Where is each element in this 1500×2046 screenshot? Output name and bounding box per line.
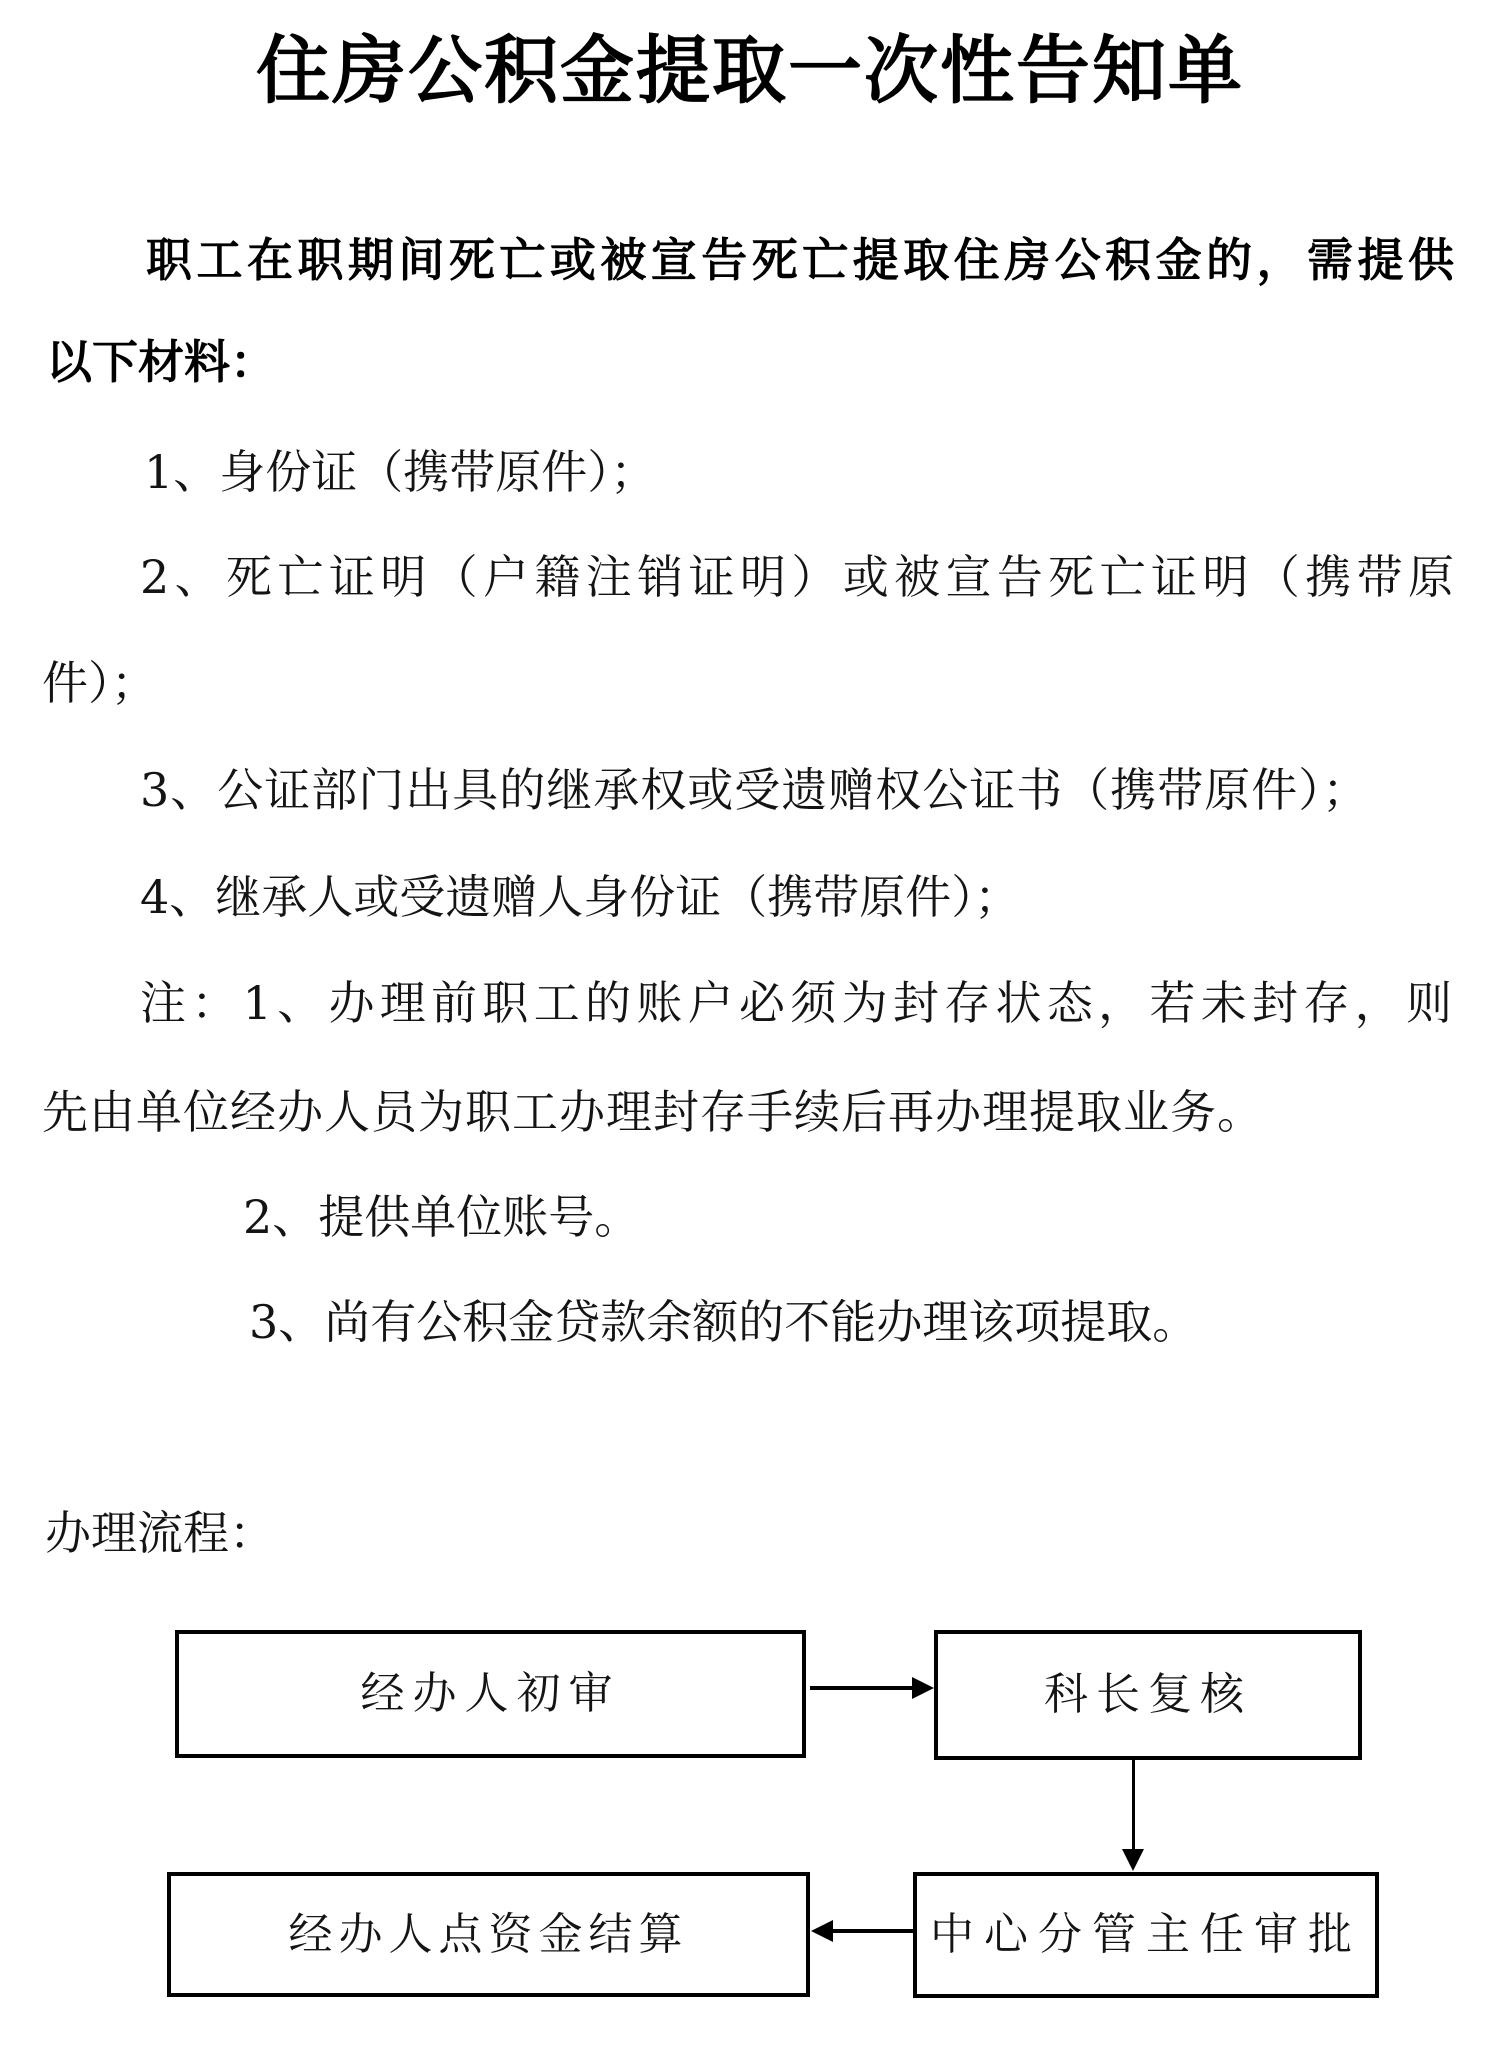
note-1-line-2: 先由单位经办人员为职工办理封存手续后再办理提取业务。 bbox=[42, 1084, 1264, 1140]
arrow-right-line bbox=[810, 1686, 914, 1690]
flow-step-label: 中心分管主任审批 bbox=[930, 1910, 1362, 1960]
process-label: 办理流程： bbox=[45, 1505, 275, 1561]
note-2: 2、提供单位账号。 bbox=[243, 1189, 640, 1245]
intro-line-1: 职工在职期间死亡或被宣告死亡提取住房公积金的，需提供 bbox=[146, 232, 1454, 288]
flow-step-director-approval: 中心分管主任审批 bbox=[913, 1872, 1379, 1998]
note-1-line-1: 注：1、办理前职工的账户必须为封存状态，若未封存，则 bbox=[140, 975, 1452, 1031]
intro-line-2: 以下材料： bbox=[46, 334, 276, 390]
material-item-4: 4、继承人或受遗赠人身份证（携带原件）； bbox=[140, 869, 1020, 925]
flow-step-initial-review: 经办人初审 bbox=[175, 1630, 806, 1758]
arrow-right-icon bbox=[912, 1677, 934, 1699]
arrow-left-icon bbox=[811, 1920, 833, 1942]
arrow-down-line bbox=[1132, 1760, 1135, 1850]
notice-page: 住房公积金提取一次性告知单 职工在职期间死亡或被宣告死亡提取住房公积金的，需提供… bbox=[0, 0, 1500, 2046]
flow-step-section-chief-recheck: 科长复核 bbox=[934, 1630, 1362, 1760]
arrow-left-line bbox=[832, 1929, 914, 1933]
material-item-1: 1、身份证（携带原件）； bbox=[144, 444, 656, 500]
note-3: 3、尚有公积金贷款余额的不能办理该项提取。 bbox=[249, 1294, 1198, 1350]
flow-step-label: 经办人点资金结算 bbox=[289, 1910, 689, 1960]
document-title: 住房公积金提取一次性告知单 bbox=[0, 26, 1500, 116]
flow-step-label: 经办人初审 bbox=[361, 1669, 621, 1719]
material-item-2-line-1: 2、死亡证明（户籍注销证明）或被宣告死亡证明（携带原 bbox=[140, 549, 1454, 605]
arrow-down-icon bbox=[1122, 1849, 1144, 1871]
flow-step-fund-settlement: 经办人点资金结算 bbox=[167, 1872, 810, 1997]
material-item-3: 3、公证部门出具的继承权或受遗赠权公证书（携带原件）； bbox=[140, 762, 1369, 818]
flow-step-label: 科长复核 bbox=[1044, 1670, 1252, 1720]
material-item-2-line-2: 件）； bbox=[42, 655, 157, 711]
